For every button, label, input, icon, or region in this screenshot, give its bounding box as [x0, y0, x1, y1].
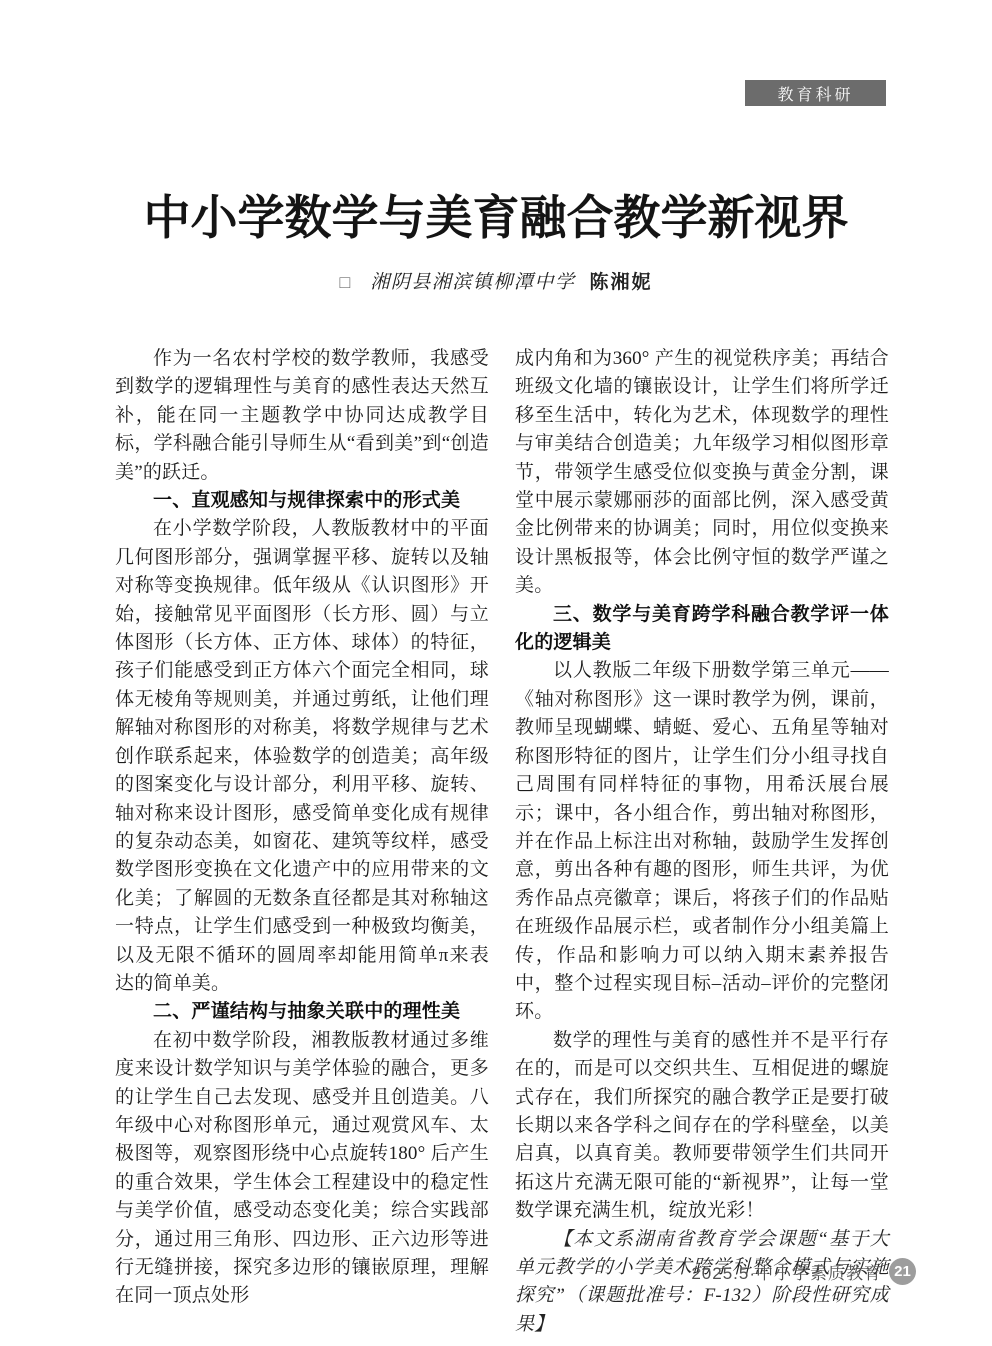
byline-box-icon: □ [340, 272, 351, 292]
paragraph-section-2: 在初中数学阶段，湘教版教材通过多维度来设计数学知识与美学体验的融合，更多的让学生… [115, 1027, 489, 1311]
journal-page: 教育科研 中小学数学与美育融合教学新视界 □湘阴县湘滨镇柳潭中学陈湘妮 作为一名… [0, 0, 992, 1346]
section-heading-2: 二、严谨结构与抽象关联中的理性美 [115, 998, 489, 1026]
paragraph-section-3: 以人教版二年级下册数学第三单元——《轴对称图形》这一课时教学为例，课前，教师呈现… [515, 657, 889, 1026]
category-badge: 教育科研 [745, 80, 886, 106]
right-column: 成内角和为360° 产生的视觉秩序美；再结合班级文化墙的镶嵌设计，让学生们将所学… [515, 345, 889, 1339]
page-footer: 2025.5·中小学素质教育 21 [691, 1258, 916, 1285]
article-title: 中小学数学与美育融合教学新视界 [0, 191, 992, 245]
paragraph-section-2-continued: 成内角和为360° 产生的视觉秩序美；再结合班级文化墙的镶嵌设计，让学生们将所学… [515, 345, 889, 601]
byline-author: 陈湘妮 [589, 272, 652, 293]
section-heading-1: 一、直观感知与规律探索中的形式美 [115, 487, 489, 515]
journal-issue-label: 2025.5·中小学素质教育 [691, 1259, 882, 1284]
paragraph-conclusion: 数学的理性与美育的感性并不是平行存在的，而是可以交织共生、互相促进的螺旋式存在，… [515, 1027, 889, 1226]
article-body: 作为一名农村学校的数学教师，我感受到数学的逻辑理性与美育的感性表达天然互补，能在… [115, 345, 889, 1339]
section-heading-3: 三、数学与美育跨学科融合教学评一体化的逻辑美 [515, 601, 889, 658]
byline-affiliation: 湘阴县湘滨镇柳潭中学 [370, 272, 575, 293]
paragraph-section-1: 在小学数学阶段，人教版教材中的平面几何图形部分，强调掌握平移、旋转以及轴对称等变… [115, 515, 489, 998]
page-number-badge: 21 [889, 1258, 916, 1285]
byline: □湘阴县湘滨镇柳潭中学陈湘妮 [0, 267, 992, 294]
left-column: 作为一名农村学校的数学教师，我感受到数学的逻辑理性与美育的感性表达天然互补，能在… [115, 345, 489, 1339]
paragraph-intro: 作为一名农村学校的数学教师，我感受到数学的逻辑理性与美育的感性表达天然互补，能在… [115, 345, 489, 487]
